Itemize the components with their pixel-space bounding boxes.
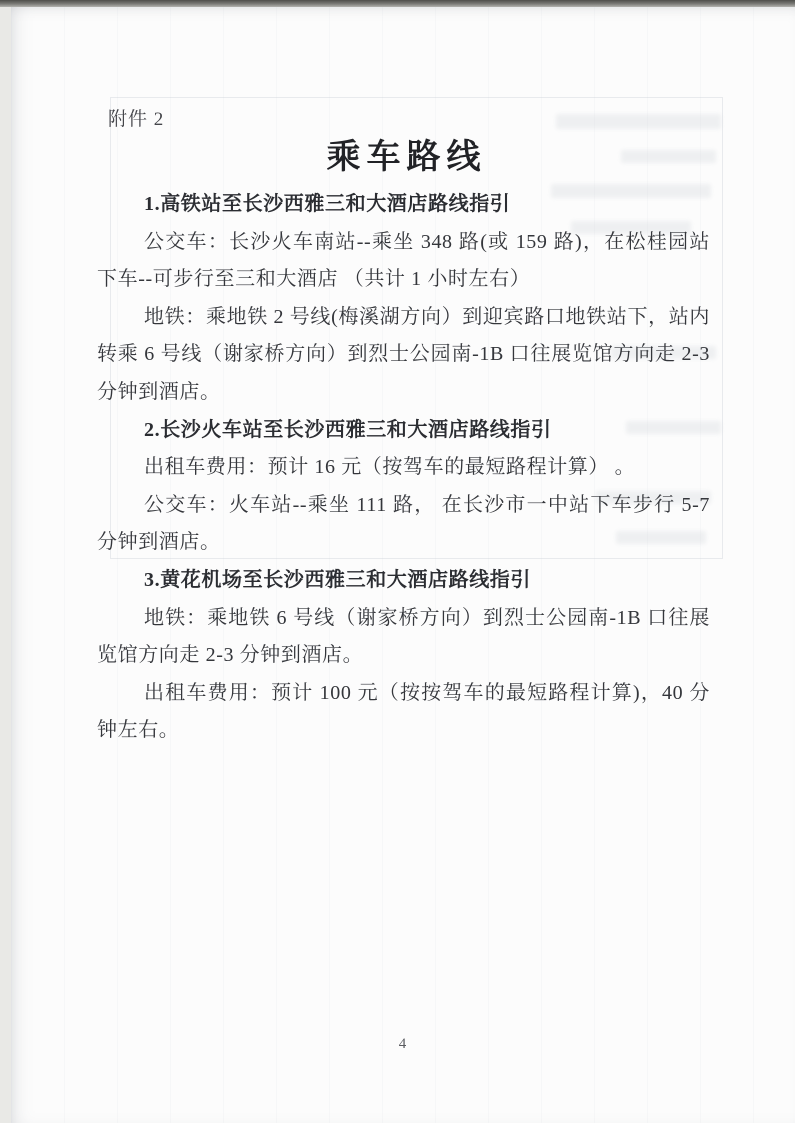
scanned-document-page: { "page": { "attachment_label": "附件 2", … — [0, 0, 795, 1123]
section-3-paragraph: 出租车费用：预计 100 元（按按驾车的最短路程计算)，40 分钟左右。 — [97, 675, 710, 750]
section-1-paragraph: 公交车：长沙火车南站--乘坐 348 路(或 159 路)，在松桂园站下车--可… — [97, 224, 710, 299]
document-body: 附件 2 乘车路线 1.高铁站至长沙西雅三和大酒店路线指引 公交车：长沙火车南站… — [97, 106, 710, 750]
scanner-edge-artifact — [0, 0, 795, 7]
section-2-paragraph: 出租车费用：预计 16 元（按驾车的最短路程计算） 。 — [97, 449, 710, 487]
attachment-label: 附件 2 — [108, 106, 710, 134]
section-3-paragraph: 地铁：乘地铁 6 号线（谢家桥方向）到烈士公园南-1B 口往展览馆方向走 2-3… — [97, 600, 710, 675]
page-number: 4 — [11, 1036, 795, 1053]
section-1-paragraph: 地铁：乘地铁 2 号线(梅溪湖方向）到迎宾路口地铁站下，站内转乘 6 号线（谢家… — [97, 299, 710, 412]
section-1-heading: 1.高铁站至长沙西雅三和大酒店路线指引 — [97, 186, 710, 224]
page-title: 乘车路线 — [97, 136, 710, 180]
section-2-heading: 2.长沙火车站至长沙西雅三和大酒店路线指引 — [97, 412, 710, 450]
section-2-paragraph: 公交车：火车站--乘坐 111 路， 在长沙市一中站下车步行 5-7 分钟到酒店… — [97, 487, 710, 562]
section-3-heading: 3.黄花机场至长沙西雅三和大酒店路线指引 — [97, 562, 710, 600]
